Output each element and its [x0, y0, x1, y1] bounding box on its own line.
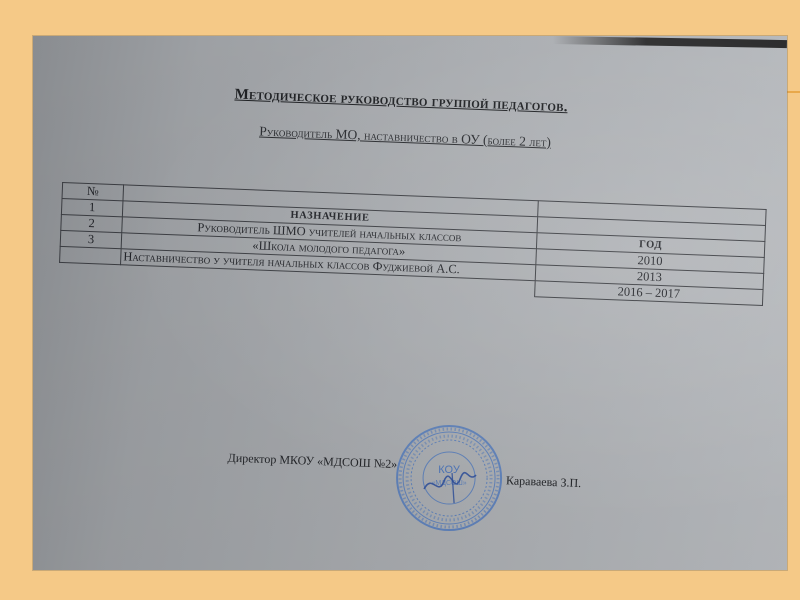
frame-accent-line [787, 91, 800, 93]
signature-name: Караваева З.П. [506, 473, 582, 491]
cell-empty [59, 262, 121, 280]
document-photo: Методическое руководство группой педагог… [33, 36, 787, 570]
signature-position: Директор МКОУ «МДСОШ №2» [227, 451, 397, 473]
document-subtitle: Руководитель МО, наставничество в ОУ (бо… [259, 123, 551, 150]
document-title: Методическое руководство группой педагог… [234, 87, 568, 117]
official-seal-icon: КОУ «МДСОШ» [394, 423, 504, 533]
document-page: Методическое руководство группой педагог… [33, 36, 787, 570]
svg-text:КОУ: КОУ [438, 464, 461, 476]
duties-table: № 1 Назначение 2 Руководитель ШМО учител… [58, 182, 766, 306]
